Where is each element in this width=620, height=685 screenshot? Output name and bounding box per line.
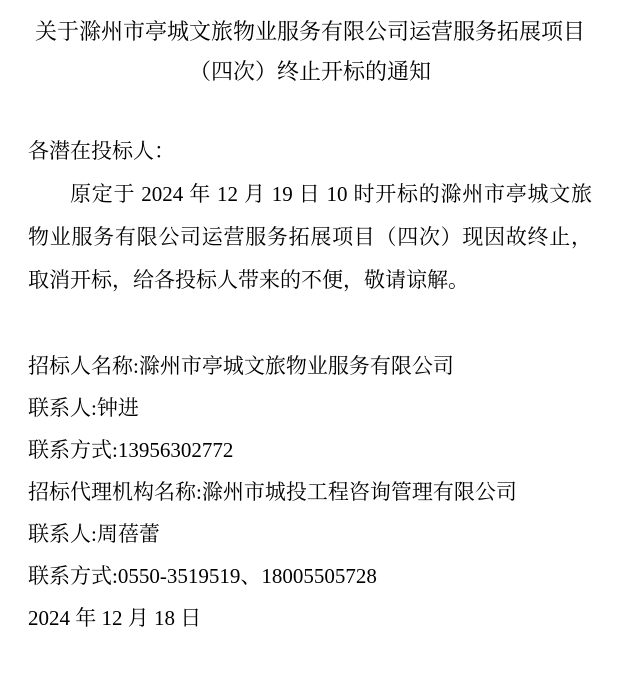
document-title-line2: （四次）终止开标的通知 xyxy=(28,52,592,92)
notice-date-line: 2024 年 12 月 18 日 xyxy=(28,597,592,639)
document-title-line1: 关于滁州市亭城文旅物业服务有限公司运营服务拓展项目 xyxy=(28,12,592,52)
body-paragraph: 原定于 2024 年 12 月 19 日 10 时开标的滁州市亭城文旅物业服务有… xyxy=(28,173,592,302)
document-title: 关于滁州市亭城文旅物业服务有限公司运营服务拓展项目 （四次）终止开标的通知 xyxy=(28,12,592,92)
salutation: 各潜在投标人： xyxy=(28,130,592,173)
tenderer-name-line: 招标人名称:滁州市亭城文旅物业服务有限公司 xyxy=(28,345,592,387)
agency-contact-phone-line: 联系方式:0550-3519519、18005505728 xyxy=(28,555,592,597)
notice-document: 关于滁州市亭城文旅物业服务有限公司运营服务拓展项目 （四次）终止开标的通知 各潜… xyxy=(0,0,620,685)
contact-info-block: 招标人名称:滁州市亭城文旅物业服务有限公司 联系人:钟进 联系方式:139563… xyxy=(28,345,592,639)
agency-contact-person-line: 联系人:周蓓蕾 xyxy=(28,513,592,555)
agency-name-line: 招标代理机构名称:滁州市城投工程咨询管理有限公司 xyxy=(28,471,592,513)
tenderer-contact-person-line: 联系人:钟进 xyxy=(28,387,592,429)
tenderer-contact-phone-line: 联系方式:13956302772 xyxy=(28,429,592,471)
